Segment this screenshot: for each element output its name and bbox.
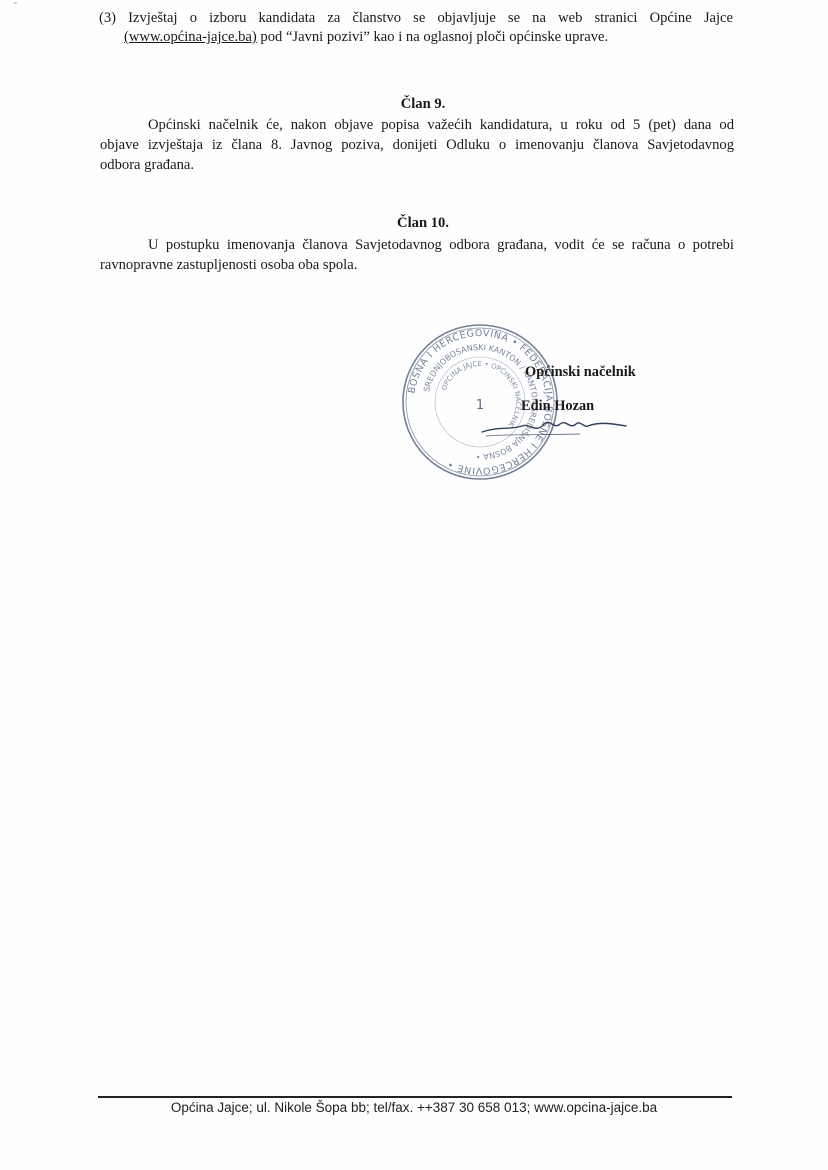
handwritten-signature-icon [480, 410, 630, 440]
paragraph-3-text: Izvještaj o izboru kandidata za članstvo… [128, 10, 733, 26]
footer-divider [98, 1096, 732, 1098]
article-9-heading: Član 9. [0, 96, 828, 113]
paragraph-3-line-1: (3) Izvještaj o izboru kandidata za član… [99, 9, 733, 28]
paragraph-3-line-2-text: pod “Javni pozivi” kao i na oglasnoj plo… [257, 29, 608, 45]
article-9-line-3: odbora građana. [100, 156, 194, 175]
scan-speck [14, 2, 17, 4]
article-9-line-1: Općinski načelnik će, nakon objave popis… [148, 116, 734, 135]
article-9-line-2: objave izvještaja iz člana 8. Javnog poz… [100, 136, 734, 155]
paragraph-3-prefix: (3) [99, 10, 116, 26]
article-10-line-1: U postupku imenovanja članova Savjetodav… [148, 236, 734, 255]
article-10-line-2: ravnopravne zastupljenosti osoba oba spo… [100, 256, 357, 275]
document-page: (3) Izvještaj o izboru kandidata za član… [0, 0, 828, 1170]
article-10-heading: Član 10. [0, 215, 828, 232]
signatory-title: Općinski načelnik [525, 364, 636, 381]
paragraph-3-line-2: (www.općina-jajce.ba) pod “Javni pozivi”… [124, 28, 608, 47]
footer-contact: Općina Jajce; ul. Nikole Šopa bb; tel/fa… [0, 1100, 828, 1115]
website-link[interactable]: (www.općina-jajce.ba) [124, 29, 257, 45]
